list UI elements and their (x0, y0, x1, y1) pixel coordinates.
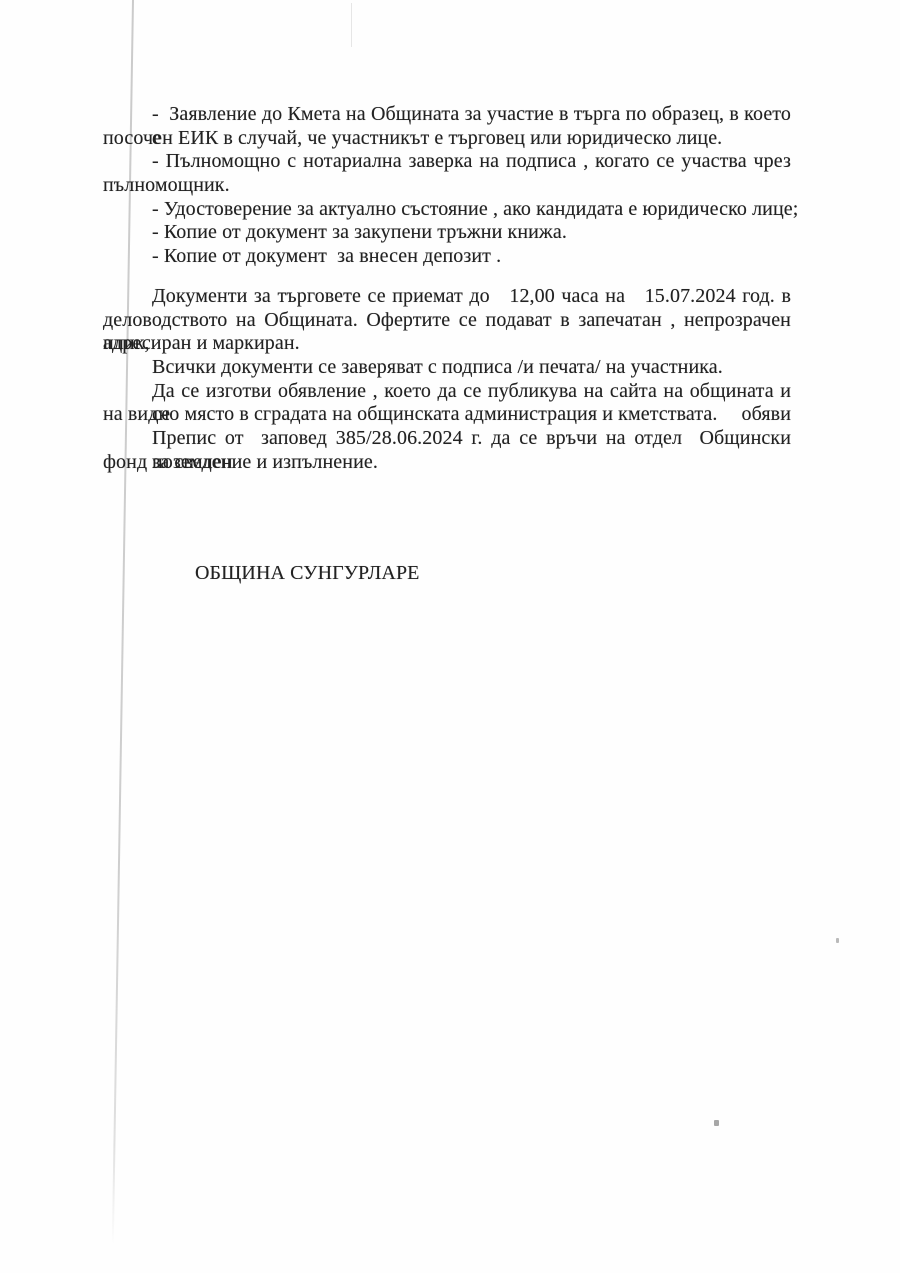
doc-line: адресиран и маркиран. (103, 332, 791, 356)
doc-line: фонд за сведение и изпълнение. (103, 451, 791, 475)
scan-speck (836, 938, 839, 943)
doc-line: Всички документи се заверяват с подписа … (103, 356, 791, 380)
doc-line: Документи за търговете се приемат до 12,… (103, 285, 791, 309)
doc-line: - Копие от документ за закупени тръжни к… (103, 221, 791, 245)
scan-speck (714, 1120, 719, 1126)
doc-line: посочен ЕИК в случай, че участникът е тъ… (103, 127, 791, 151)
doc-line: - Заявление до Кмета на Общината за учас… (103, 103, 791, 127)
doc-line: деловодството на Общината. Офертите се п… (103, 309, 791, 333)
paragraph-gap (103, 269, 791, 285)
doc-line: - Удостоверение за актуално състояние , … (103, 198, 791, 222)
doc-line: на видно място в сградата на общинската … (103, 403, 791, 427)
doc-line: Да се изготви обявление , което да се пу… (103, 380, 791, 404)
scanned-document-page: - Заявление до Кмета на Общината за учас… (0, 0, 900, 1273)
doc-line: Препис от заповед 385/28.06.2024 г. да с… (103, 427, 791, 451)
document-body: - Заявление до Кмета на Общината за учас… (103, 103, 791, 586)
scan-smudge (351, 3, 352, 47)
doc-line: - Пълномощно с нотариална заверка на под… (103, 150, 791, 174)
signature-org-name: ОБЩИНА СУНГУРЛАРЕ (103, 562, 791, 586)
doc-line: пълномощник. (103, 174, 791, 198)
doc-line: - Копие от документ за внесен депозит . (103, 245, 791, 269)
